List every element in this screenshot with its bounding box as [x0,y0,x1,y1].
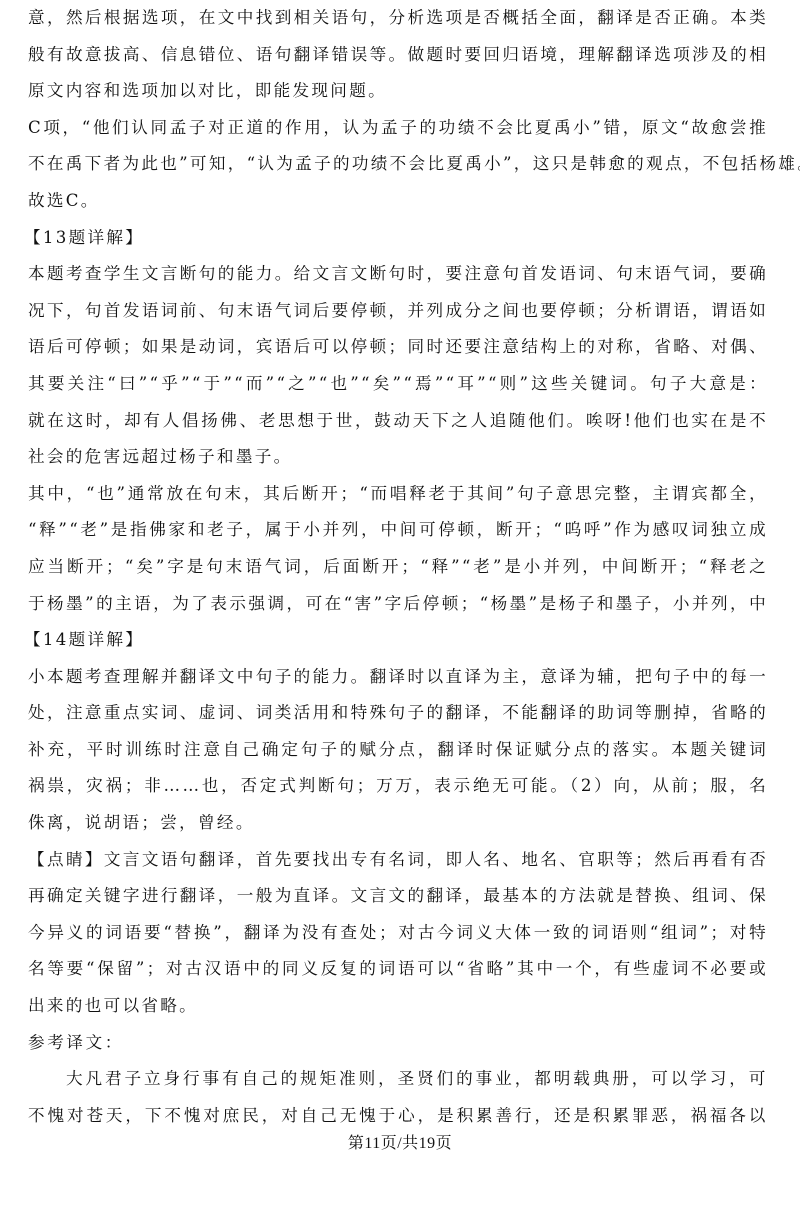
text-line: “释”“老”是指佛家和老子，属于小并列，中间可停顿，断开；“呜呼”作为感叹词独立… [28,512,768,549]
text-line: 再确定关键字进行翻译，一般为直译。文言文的翻译，最基本的方法就是替换、组词、保留… [28,878,768,915]
text-line: 不在禹下者为此也”可知，“认为孟子的功绩不会比夏禹小”，这只是韩愈的观点，不包括… [28,146,768,183]
text-line: 其中，“也”通常放在句末，其后断开；“而唱释老于其间”句子意思完整，主谓宾都全，… [28,476,768,513]
reference-translation-line: 参考译文： [28,1025,768,1062]
text-line: 应当断开；“矣”字是句末语气词，后面断开；“释”“老”是小并列，中间断开；“释老… [28,549,768,586]
text-line: 于杨墨”的主语，为了表示强调，可在“害”字后停顿；“杨墨”是杨子和墨子，小并列，… [28,586,768,623]
document-body: 意，然后根据选项，在文中找到相关语句，分析选项是否概括全面，翻译是否正确。本类题… [28,0,768,1134]
text-line: 名等要“保留”；对古汉语中的同义反复的词语可以“省略”其中一个，有些虚词不必要或… [28,951,768,988]
text-line: 般有故意拔高、信息错位、语句翻译错误等。做题时要回归语境，理解翻译选项涉及的相关… [28,37,768,74]
text-line: 原文内容和选项加以对比，即能发现问题。 [28,73,768,110]
text-line: 故选C。 [28,183,768,220]
section-heading: 【点睛】文言文语句翻译，首先要找出专有名词，即人名、地名、官职等；然后再看有否特… [28,842,768,879]
text-line: 本题考查学生文言断句的能力。给文言文断句时，要注意句首发语词、句末语气词，要确定… [28,256,768,293]
text-line: 语后可停顿；如果是动词，宾语后可以停顿；同时还要注意结构上的对称，省略、对偶、反… [28,329,768,366]
text-line: 今异义的词语要“替换”，翻译为没有查处；对古今词义大体一致的词语则“组词”；对特… [28,915,768,952]
text-line: 意，然后根据选项，在文中找到相关语句，分析选项是否概括全面，翻译是否正确。本类题… [28,0,768,37]
section-heading: 【14题详解】 [24,622,768,659]
reference-translation-line: 不愧对苍天，下不愧对庶民，对自己无愧于心，是积累善行，还是积累罪恶，祸福各以其行… [28,1098,768,1135]
reference-translation-line: 大凡君子立身行事有自己的规矩准则，圣贤们的事业，都明载典册，可以学习，可以效法；… [28,1061,768,1098]
text-line: 小本题考查理解并翻译文中句子的能力。翻译时以直译为主，意译为辅，把句子中的每一个… [28,659,768,696]
text-line: 出来的也可以省略。 [28,988,768,1025]
text-line: 社会的危害远超过杨子和墨子。 [28,439,768,476]
text-line: 补充，平时训练时注意自己确定句子的赋分点，翻译时保证赋分点的落实。本题关键词有：… [28,732,768,769]
document-page: 意，然后根据选项，在文中找到相关语句，分析选项是否概括全面，翻译是否正确。本类题… [0,0,800,1222]
text-line: 就在这时，却有人倡扬佛、老思想于世，鼓动天下之人追随他们。唉呀!他们也实在是不仁… [28,403,768,440]
text-line: 祸祟，灾祸；非……也，否定式判断句；万万，表示绝无可能。（2）向，从前；服，名词… [28,768,768,805]
text-line: 况下，句首发语词前、句末语气词后要停顿，并列成分之间也要停顿；分析谓语，谓语如果… [28,293,768,330]
text-line: 侏离，说胡语；尝，曾经。 [28,805,768,842]
text-line: 其要关注“曰”“乎”“于”“而”“之”“也”“矣”“焉”“耳”“则”这些关键词。… [28,366,768,403]
text-line: 处，注意重点实词、虚词、词类活用和特殊句子的翻译，不能翻译的助词等删掉，省略的内… [28,695,768,732]
text-line: C项，“他们认同孟子对正道的作用，认为孟子的功绩不会比夏禹小”错，原文“故愈尝推… [28,110,768,147]
section-heading: 【13题详解】 [24,220,768,257]
page-footer: 第11页/共19页 [0,1130,800,1153]
